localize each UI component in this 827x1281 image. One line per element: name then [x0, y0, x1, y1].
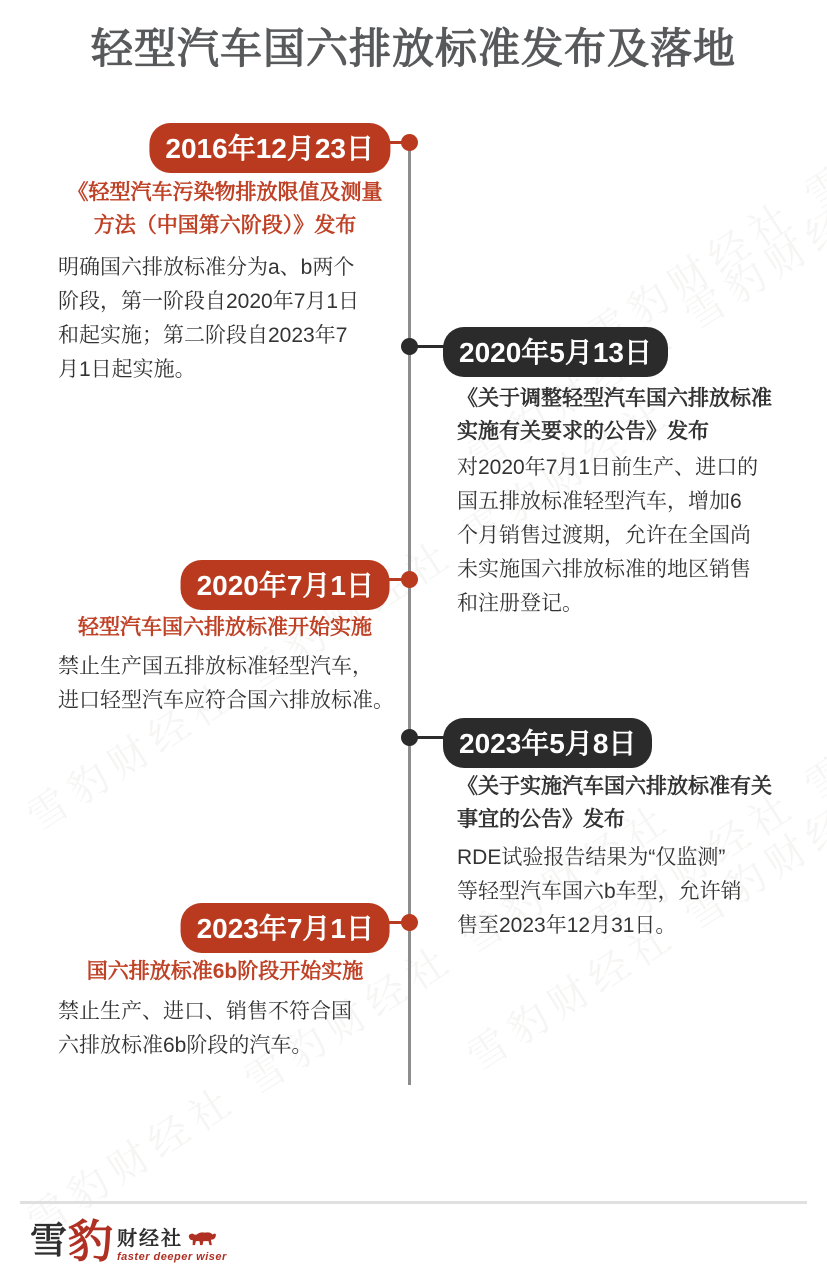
event-title: 轻型汽车国六排放标准开始实施 — [58, 611, 392, 644]
event-description: RDE试验报告结果为“仅监测” 等轻型汽车国六b车型，允许销 售至2023年12… — [457, 841, 792, 943]
logo-text-caijingshe: 财经社 — [117, 1228, 183, 1250]
event-title: 《关于调整轻型汽车国六排放标准 实施有关要求的公告》发布 — [457, 382, 792, 448]
page-title: 轻型汽车国六排放标准发布及落地 — [0, 16, 827, 76]
logo-char-xue: 雪 — [30, 1220, 67, 1264]
connector-line — [417, 345, 445, 348]
event-title: 《关于实施汽车国六排放标准有关 事宜的公告》发布 — [457, 770, 792, 836]
event-description: 明确国六排放标准分为a、b两个 阶段，第一阶段自2020年7月1日 和起实施；第… — [58, 251, 403, 387]
timeline-dot — [401, 134, 418, 151]
date-badge: 2023年7月1日 — [181, 903, 390, 953]
leopard-icon — [187, 1229, 217, 1249]
event-description: 禁止生产、进口、销售不符合国 六排放标准6b阶段的汽车。 — [58, 995, 403, 1063]
timeline-dot — [401, 729, 418, 746]
date-badge: 2023年5月8日 — [443, 718, 652, 768]
event-description: 对2020年7月1日前生产、进口的 国五排放标准轻型汽车，增加6 个月销售过渡期… — [457, 451, 792, 621]
timeline-dot — [401, 338, 418, 355]
date-badge: 2016年12月23日 — [149, 123, 390, 173]
timeline-dot — [401, 571, 418, 588]
date-badge: 2020年7月1日 — [181, 560, 390, 610]
brand-logo: 雪 豹 财经社 faster deeper wiser — [30, 1220, 227, 1264]
event-description: 禁止生产国五排放标准轻型汽车， 进口轻型汽车应符合国六排放标准。 — [58, 650, 403, 718]
timeline-dot — [401, 914, 418, 931]
timeline-line — [408, 143, 411, 1085]
date-badge: 2020年5月13日 — [443, 327, 668, 377]
logo-char-bao: 豹 — [68, 1220, 113, 1264]
connector-line — [417, 736, 445, 739]
brand-tagline: faster deeper wiser — [117, 1251, 227, 1264]
footer-divider — [20, 1201, 807, 1204]
event-title: 国六排放标准6b阶段开始实施 — [58, 955, 392, 988]
infographic-poster: 雪豹财经社 雪豹财经社 雪豹财经社 雪豹财经社 雪豹财经社 雪豹财经社 雪豹财经… — [0, 0, 827, 1281]
event-title: 《轻型汽车污染物排放限值及测量 方法（中国第六阶段）》发布 — [58, 176, 392, 242]
